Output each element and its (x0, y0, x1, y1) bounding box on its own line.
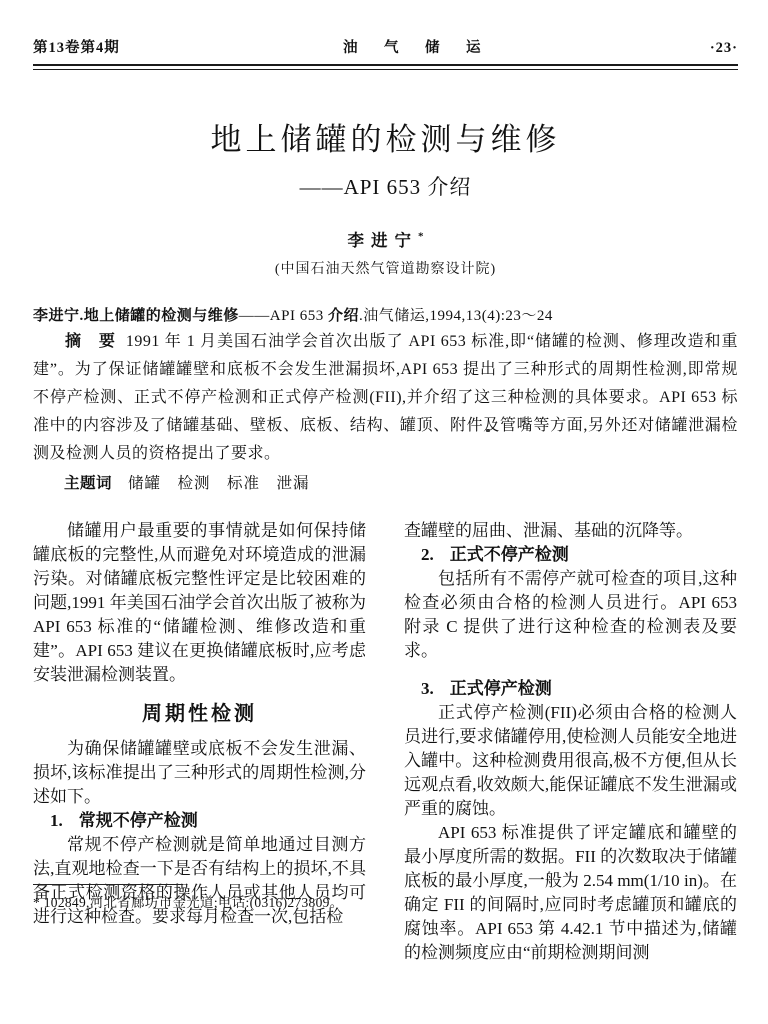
author-footnote: * 102849,河北省廊坊市金光道;电话:(0316)273809。 (33, 884, 378, 911)
subsection-2-heading: 2.正式不停产检测 (404, 543, 737, 567)
subsection-3-number: 3. (421, 679, 434, 698)
citation-line: 李进宁.地上储罐的检测与维修——API 653 介绍.油气储运,1994,13(… (33, 304, 738, 325)
journal-name: 油 气 储 运 (343, 36, 487, 57)
footnote-divider (33, 884, 183, 885)
subsection-2-title: 正式不停产检测 (450, 545, 569, 564)
body-paragraph-routine-continued: 查罐壁的屈曲、泄漏、基础的沉降等。 (404, 519, 737, 543)
subsection-1-heading: 1.常规不停产检测 (33, 809, 366, 833)
subsection-1-number: 1. (50, 811, 63, 830)
article-subtitle: ——API 653 介绍 (33, 171, 738, 201)
abstract-text: 1991 年 1 月美国石油学会首次出版了 API 653 标准,即“储罐的检测… (33, 333, 738, 462)
body-paragraph-routine-inspection: 常规不停产检测就是简单地通过目测方法,直观地检查一下是否有结构上的损坏,不具备正… (33, 833, 366, 929)
right-column: 查罐壁的屈曲、泄漏、基础的沉降等。 2.正式不停产检测 包括所有不需停产就可检查… (404, 519, 737, 965)
running-head: 第13卷第4期 油 气 储 运 ·23· (33, 0, 738, 57)
abstract-label: 摘 要 (65, 333, 116, 350)
body-paragraph-formal-inservice: 包括所有不需停产就可检查的项目,这种检查必须由合格的检测人员进行。API 653… (404, 567, 737, 663)
subsection-3-title: 正式停产检测 (450, 679, 552, 698)
citation-source: .油气储运,1994,13(4):23～24 (359, 308, 553, 324)
keywords-label: 主题词 (64, 475, 112, 492)
body-paragraph-minimum-thickness: API 653 标准提供了评定罐底和罐壁的最小厚度所需的数据。FII 的次数取决… (404, 821, 737, 965)
body-paragraph-formal-outservice: 正式停产检测(FII)必须由合格的检测人员进行,要求储罐停用,使检测人员能安全地… (404, 701, 737, 821)
subsection-2-number: 2. (421, 545, 434, 564)
footnote-text: * 102849,河北省廊坊市金光道;电话:(0316)273809。 (33, 891, 378, 911)
citation-title: 地上储罐的检测与维修 (84, 308, 239, 324)
subsection-3-heading: 3.正式停产检测 (404, 677, 737, 701)
section-heading-periodic-inspection: 周期性检测 (33, 702, 366, 726)
author-affiliation: (中国石油天然气管道勘察设计院) (33, 258, 738, 278)
body-paragraph-three-forms: 为确保储罐罐壁或底板不会发生泄漏、损坏,该标准提出了三种形式的周期性检测,分述如… (33, 737, 366, 809)
page-number: ·23· (710, 40, 738, 57)
keywords-line: 主题词储罐 检测 标准 泄漏 (33, 471, 738, 493)
journal-page: 第13卷第4期 油 气 储 运 ·23· 地上储罐的检测与维修 ——API 65… (0, 0, 768, 1024)
subsection-1-title: 常规不停产检测 (79, 811, 198, 830)
article-title: 地上储罐的检测与维修 (33, 114, 738, 159)
author-name: 李进宁 (348, 231, 419, 250)
citation-title-tail: 介绍 (328, 308, 359, 324)
abstract-paragraph: 摘 要1991 年 1 月美国石油学会首次出版了 API 653 标准,即“储罐… (33, 328, 738, 468)
scan-artifact-dot (486, 429, 490, 432)
issue-label: 第13卷第4期 (33, 36, 120, 57)
author-line: 李进宁* (33, 227, 738, 251)
author-footnote-mark: * (418, 231, 424, 243)
citation-title-dash: ——API 653 (239, 308, 328, 324)
keywords-terms: 储罐 检测 标准 泄漏 (128, 475, 310, 492)
body-paragraph-intro: 储罐用户最重要的事情就是如何保持储罐底板的完整性,从而避免对环境造成的泄漏污染。… (33, 519, 366, 687)
header-divider (33, 64, 738, 70)
citation-authors: 李进宁. (33, 308, 84, 324)
